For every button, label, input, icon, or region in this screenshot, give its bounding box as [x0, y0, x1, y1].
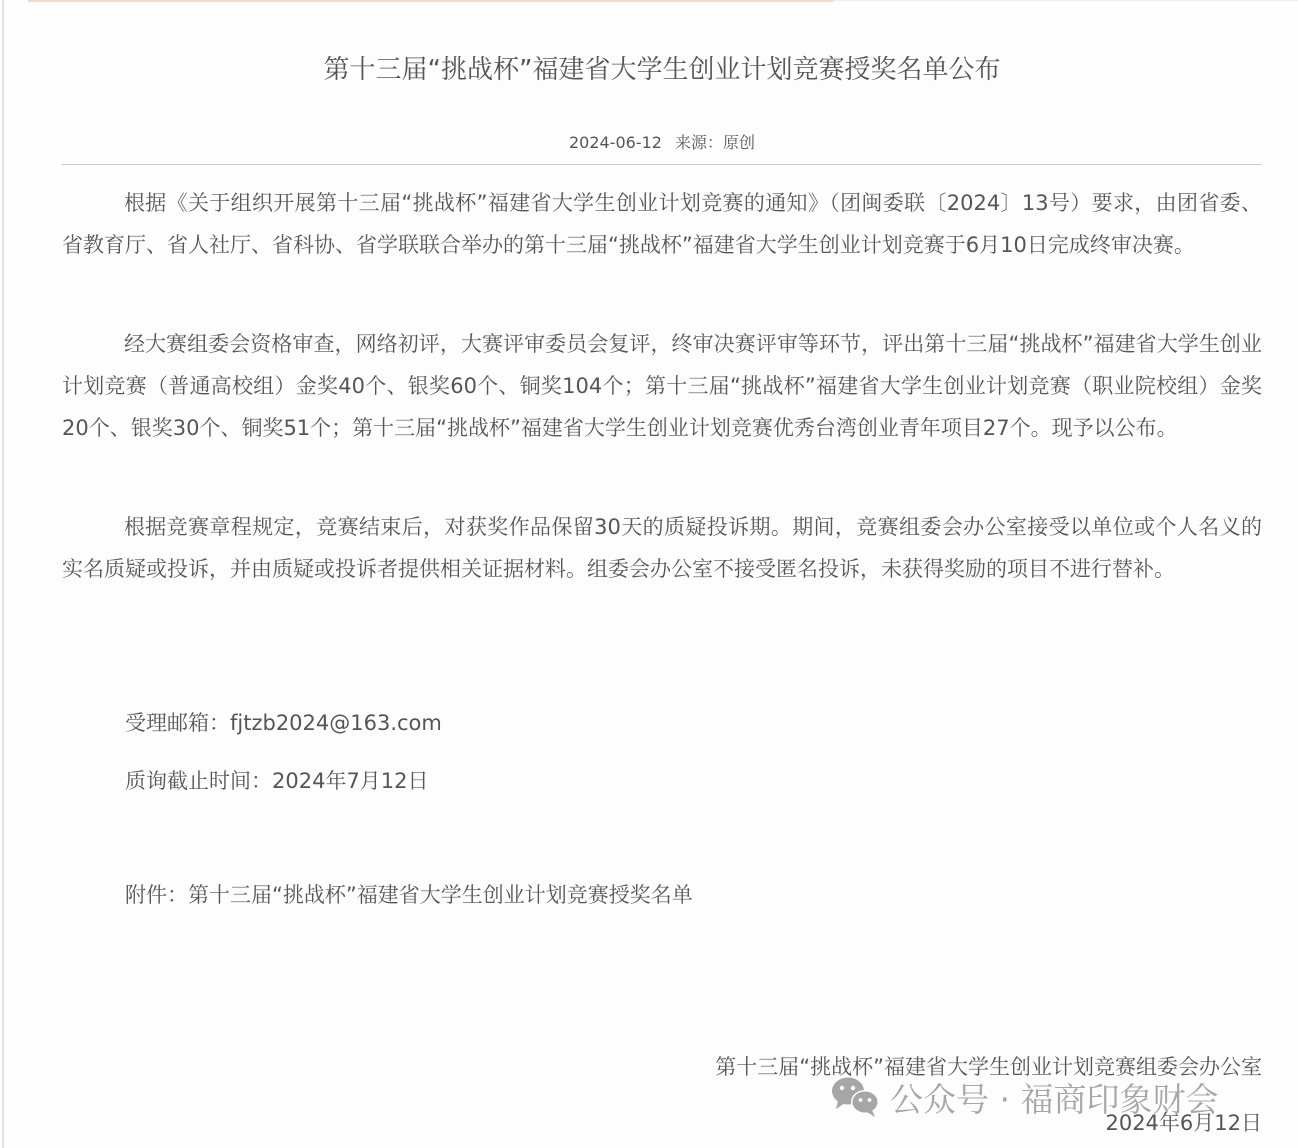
paragraph-text: 根据《关于组织开展第十三届“挑战杯”福建省大学生创业计划竞赛的通知》（团闽委联〔…	[62, 182, 1262, 266]
top-accent-bar	[28, 0, 833, 2]
paragraph-2: 经大赛组委会资格审查，网络初评，大赛评审委员会复评，终审决赛评审等环节，评出第十…	[62, 323, 1262, 449]
article-meta: 2024-06-12 来源：原创	[62, 130, 1262, 156]
paragraph-text: 经大赛组委会资格审查，网络初评，大赛评审委员会复评，终审决赛评审等环节，评出第十…	[62, 323, 1262, 449]
publish-date: 2024-06-12	[569, 133, 662, 152]
paragraph-text: 根据竞赛章程规定，竞赛结束后，对获奖作品保留30天的质疑投诉期。期间，竞赛组委会…	[62, 506, 1262, 590]
source-label: 来源：原创	[675, 133, 755, 152]
page-left-border	[2, 0, 4, 1148]
title-divider	[62, 164, 1262, 165]
paragraph-1: 根据《关于组织开展第十三届“挑战杯”福建省大学生创业计划竞赛的通知》（团闽委联〔…	[62, 182, 1262, 266]
watermark: 公众号 · 福商印象财会	[830, 1074, 1218, 1120]
wechat-icon	[830, 1075, 882, 1119]
inquiry-deadline: 质询截止时间：2024年7月12日	[125, 766, 429, 796]
attachment-link[interactable]: 附件：第十三届“挑战杯”福建省大学生创业计划竞赛授奖名单	[125, 880, 693, 910]
top-border-line	[833, 0, 1298, 1]
page-title: 第十三届“挑战杯”福建省大学生创业计划竞赛授奖名单公布	[62, 50, 1262, 90]
complaint-email: 受理邮箱：fjtzb2024@163.com	[125, 708, 442, 738]
watermark-text: 公众号 · 福商印象财会	[890, 1074, 1218, 1121]
paragraph-3: 根据竞赛章程规定，竞赛结束后，对获奖作品保留30天的质疑投诉期。期间，竞赛组委会…	[62, 506, 1262, 590]
